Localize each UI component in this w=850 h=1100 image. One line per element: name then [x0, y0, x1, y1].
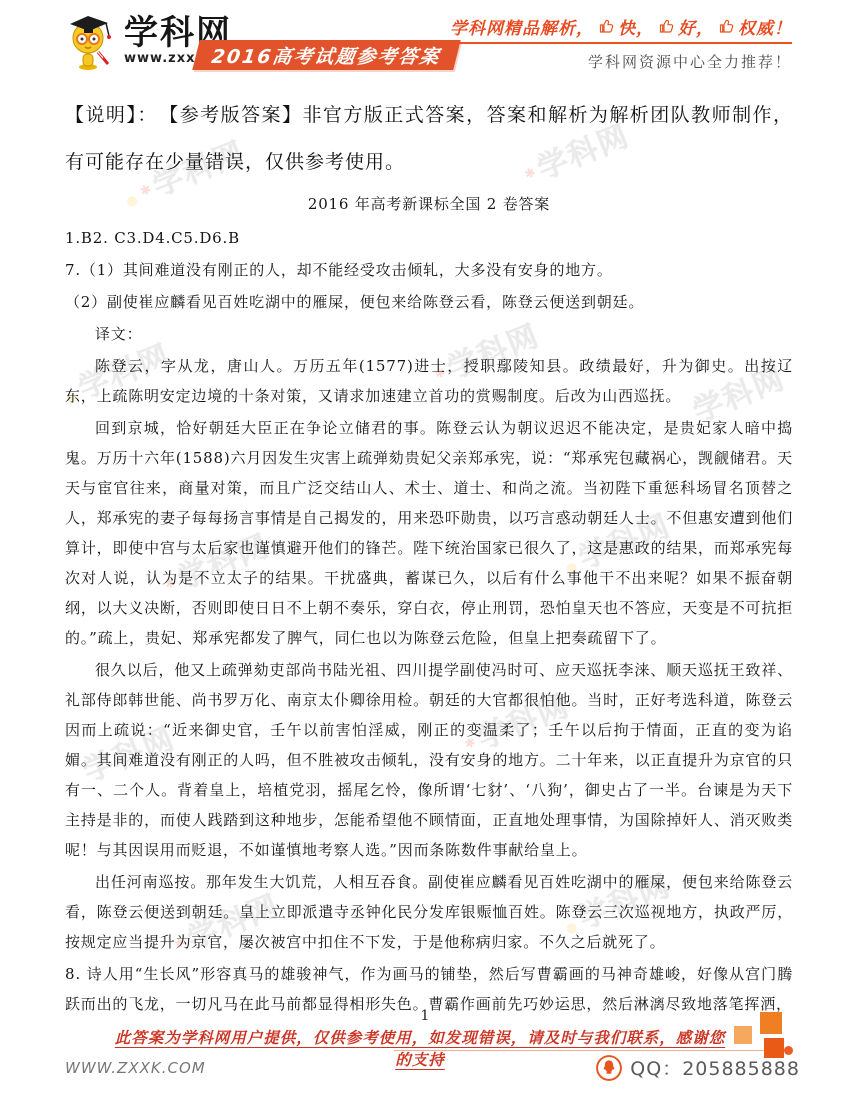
slogan-prefix: 学科网精品解析，	[450, 14, 594, 39]
notice-paragraph: 【说明】： 【参考版答案】非官方版正式答案，答案和解析为解析团队教师制作，有可能…	[65, 92, 793, 185]
thumbs-up-icon	[659, 18, 675, 34]
paragraph: 译文：	[65, 319, 793, 349]
qq-number: QQ：205885888	[630, 1054, 800, 1081]
exam-banner-label: 2016高考试题参考答案	[210, 42, 443, 69]
thumbs-up-icon	[599, 18, 615, 34]
qq-contact: QQ：205885888	[596, 1054, 800, 1081]
thumbs-up-icon	[719, 18, 735, 34]
slogan-word-good: 好，	[678, 14, 714, 39]
paragraph: （2）副使崔应麟看见百姓吃湖中的雁屎，便包来给陈登云看，陈登云便送到朝廷。	[65, 287, 793, 317]
slogan-word-fast: 快，	[618, 14, 654, 39]
paragraph: 回到京城，恰好朝廷大臣正在争论立储君的事。陈登云认为朝议迟迟不能决定，是贵妃家人…	[65, 413, 793, 653]
document-body: 【说明】： 【参考版答案】非官方版正式答案，答案和解析为解析团队教师制作，有可能…	[65, 90, 793, 1021]
footer-site-url: WWW.ZXXK.COM	[65, 1059, 206, 1077]
exam-banner: 2016高考试题参考答案	[192, 40, 460, 70]
mascot-icon	[62, 10, 120, 72]
paragraph: 陈登云，字从龙，唐山人。万历五年(1577)进士，授职鄢陵知县。政绩最好，升为御…	[65, 351, 793, 411]
sub-slogan: 学科网资源中心全力推荐！	[450, 51, 792, 72]
page-footer: 此答案为学科网用户提供，仅供参考使用，如发现错误，请及时与我们联系，感谢您的支持…	[0, 1026, 850, 1088]
slogan-line: 学科网精品解析， 快， 好， 权威！	[450, 14, 792, 44]
header-slogans: 学科网精品解析， 快， 好， 权威！ 学科网资源中心全力推荐！	[450, 14, 792, 72]
page-number: 1	[0, 1008, 850, 1024]
paragraph: 很久以后，他又上疏弹劾吏部尚书陆光祖、四川提学副使冯时可、应天巡抚李涞、顺天巡抚…	[65, 655, 793, 865]
page-header: 学科网 www.zxxk.com 2016高考试题参考答案 学科网精品解析， 快…	[0, 0, 850, 86]
answer-key-line: 1.B2. C3.D4.C5.D6.B	[65, 223, 793, 253]
document-page: ✱学科网 ✱学科网 学科网 ✱学科网 学科网 ✱学科网 学科网 学科网 ✱学科网…	[0, 0, 850, 1100]
paragraph: 出任河南巡按。那年发生大饥荒，人相互吞食。副使崔应麟看见百姓吃湖中的雁屎，便包来…	[65, 867, 793, 957]
document-title: 2016 年高考新课标全国 2 卷答案	[65, 189, 793, 219]
qq-icon	[596, 1055, 622, 1081]
paragraph: 7.（1）其间难道没有刚正的人，却不能经受攻击倾轧，大多没有安身的地方。	[65, 255, 793, 285]
slogan-word-authority: 权威！	[738, 14, 792, 39]
